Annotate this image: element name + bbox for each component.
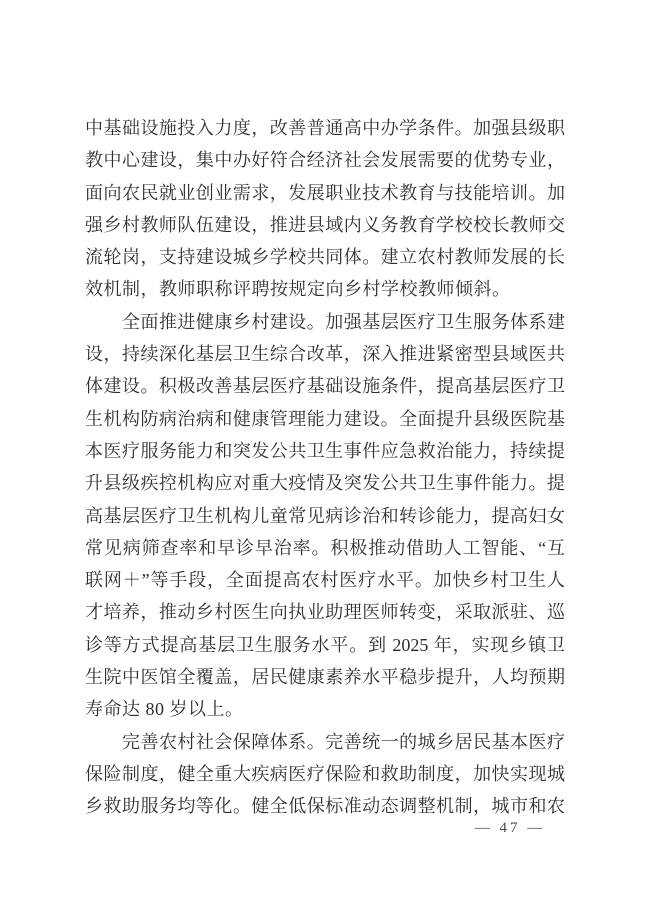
text-line: 升县级疾控机构应对重大疫情及突发公共卫生事件能力。提 (85, 467, 565, 499)
text-line: 强乡村教师队伍建设，推进县域内义务教育学校校长教师交 (85, 209, 565, 241)
text-line: 常见病筛查率和早诊早治率。积极推动借助人工智能、“互 (85, 532, 565, 564)
text-line: 教中心建设，集中办好符合经济社会发展需要的优势专业， (85, 144, 565, 176)
text-line: 寿命达 80 岁以上。 (85, 693, 565, 725)
text-line: 生机构防病治病和健康管理能力建设。全面提升县级医院基 (85, 403, 565, 435)
text-line: 流轮岗，支持建设城乡学校共同体。建立农村教师发展的长 (85, 241, 565, 273)
text-line: 本医疗服务能力和突发公共卫生事件应急救治能力，持续提 (85, 435, 565, 467)
text-line: 面向农民就业创业需求，发展职业技术教育与技能培训。加 (85, 177, 565, 209)
text-line paragraph-start: 全面推进健康乡村建设。加强基层医疗卫生服务体系建 (85, 306, 565, 338)
text-line: 生院中医馆全覆盖，居民健康素养水平稳步提升，人均预期 (85, 661, 565, 693)
text-line: 高基层医疗卫生机构儿童常见病诊治和转诊能力，提高妇女 (85, 500, 565, 532)
text-line: 中基础设施投入力度，改善普通高中办学条件。加强县级职 (85, 112, 565, 144)
document-page: 中基础设施投入力度，改善普通高中办学条件。加强县级职 教中心建设，集中办好符合经… (0, 0, 650, 919)
text-line: 诊等方式提高基层卫生服务水平。到 2025 年，实现乡镇卫 (85, 629, 565, 661)
text-line: 效机制，教师职称评聘按规定向乡村学校教师倾斜。 (85, 273, 565, 305)
text-line: 才培养，推动乡村医生向执业助理医师转变，采取派驻、巡 (85, 596, 565, 628)
text-line paragraph-start: 完善农村社会保障体系。完善统一的城乡居民基本医疗 (85, 726, 565, 758)
text-line: 保险制度，健全重大疾病医疗保险和救助制度，加快实现城 (85, 758, 565, 790)
text-line: 体建设。积极改善基层医疗基础设施条件，提高基层医疗卫 (85, 370, 565, 402)
text-line: 联网＋”等手段，全面提高农村医疗水平。加快乡村卫生人 (85, 564, 565, 596)
text-line: 乡救助服务均等化。健全低保标准动态调整机制，城市和农 (85, 790, 565, 822)
body-text: 中基础设施投入力度，改善普通高中办学条件。加强县级职 教中心建设，集中办好符合经… (85, 112, 565, 823)
text-line: 设，持续深化基层卫生综合改革，深入推进紧密型县域医共 (85, 338, 565, 370)
page-number: — 47 — (468, 820, 552, 837)
